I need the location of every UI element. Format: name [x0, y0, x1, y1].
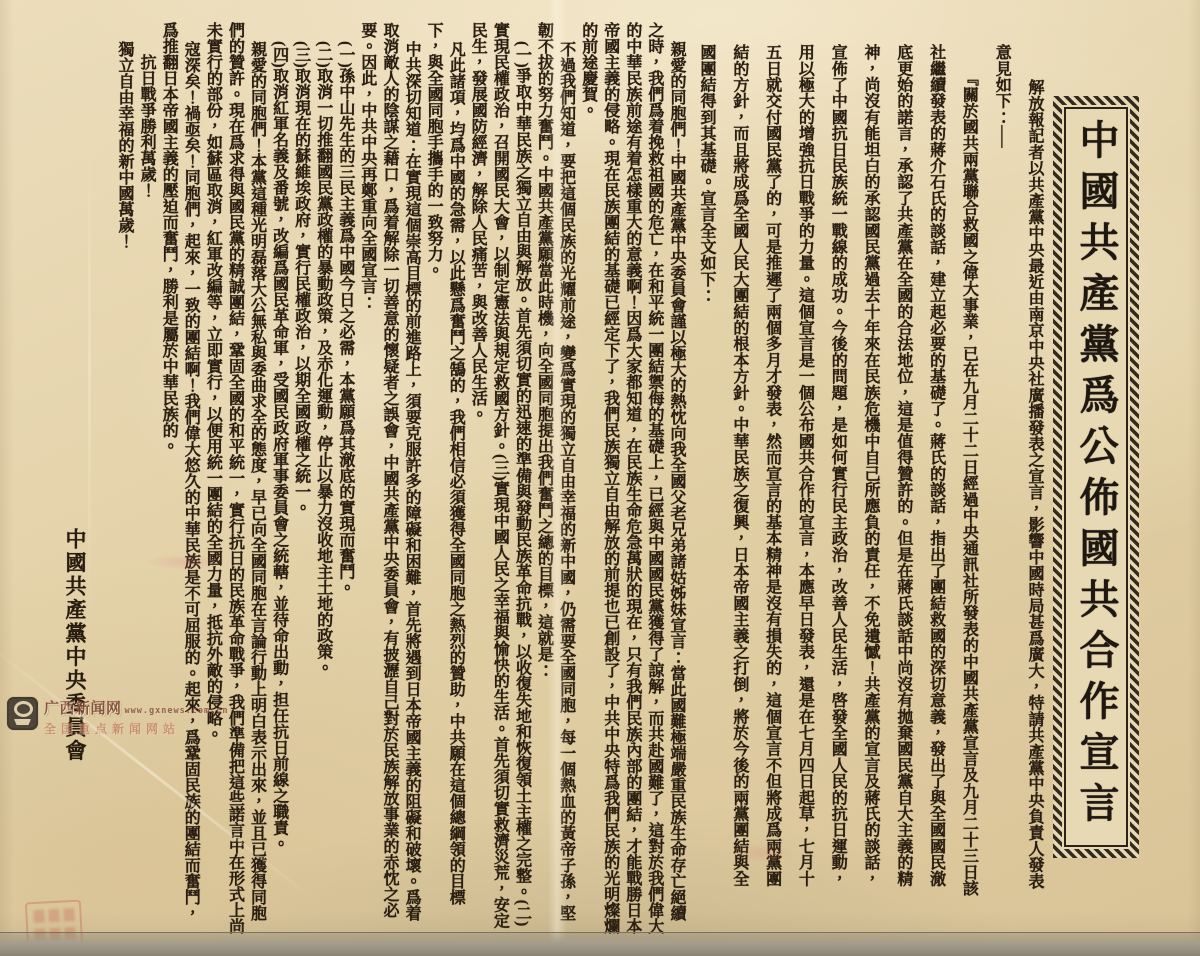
seal-mark: [63, 908, 75, 922]
declaration-paragraph: (四)取消紅軍名義及番號，改編爲國民革命軍，受國民政府軍事委員會之統轄，並待命出…: [268, 22, 290, 935]
declaration-paragraph: 親愛的同胞們！本黨這種光明磊落大公無私與委曲求全的態度，早已向全國同胞在言論行動…: [201, 22, 267, 935]
declaration-block: 親愛的同胞們！中國共產黨中央委員會謹以極大的熱忱向我全國父老兄弟諸姑姊妹宣言：當…: [96, 22, 687, 935]
editor-note-paragraph: 解放報記者以共產黨中央最近由南京中央社廣播發表之宣言，影響中國時局甚爲廣大，特請…: [984, 44, 1050, 902]
editor-note-paragraph: 『關於國共兩黨聯合救國之偉大事業，已在九月二十二日經過中央通訊社所發表的中國共產…: [689, 44, 984, 902]
declaration-paragraph: 中共深切知道：在實現這個崇高目標的前進路上，須要克服許多的障礙和困難，首先將遇到…: [356, 22, 422, 935]
slogan-paragraph: 抗日戰爭勝利萬歲！: [135, 22, 157, 935]
declaration-paragraph: 凡此諸項，均爲中國的急需，以此懸爲奮鬥之鵠的，我們相信必須獲得全國同胞之熱烈的贊…: [422, 22, 466, 935]
declaration-paragraph: (二)取消一切推翻國民黨政權的暴動政策，及赤化運動，停止以暴力沒收地主土地的政策…: [312, 22, 334, 935]
declaration-paragraph: 不過我們知道，要把這個民族的光耀前途，變爲實現的獨立自由幸福的新中國，仍需要全國…: [532, 22, 576, 935]
scanned-page: 中國共產黨爲公佈國共合作宣言 解放報記者以共產黨中央最近由南京中央社廣播發表之宣…: [0, 0, 1200, 956]
declaration-paragraph: (一)爭取中華民族之獨立自由與解放。首先須切實的迅速的準備與發動民族革命抗戰，以…: [466, 22, 532, 935]
seal-mark: [33, 909, 45, 923]
title-inner-frame: 中國共產黨爲公佈國共合作宣言: [1064, 107, 1128, 847]
page-title: 中國共產黨爲公佈國共合作宣言: [1076, 109, 1116, 833]
declaration-paragraph: 寇深矣！禍亟矣！同胞們，起來，一致的團結啊！我們偉大悠久的中華民族是不可屈服的。…: [157, 22, 201, 935]
slogan-paragraph: 獨立自由幸福的新中國萬歲！: [113, 22, 135, 935]
declaration-paragraph: 親愛的同胞們！中國共產黨中央委員會謹以極大的熱忱向我全國父老兄弟諸姑姊妹宣言：當…: [577, 22, 687, 935]
declaration-title-box: 中國共產黨爲公佈國共合作宣言: [1053, 96, 1139, 858]
declaration-paragraph: (一)孫中山先生的三民主義爲中國今日之必需，本黨願爲其澈底的實現而奮鬥。: [334, 22, 356, 935]
editor-note-block: 解放報記者以共產黨中央最近由南京中央社廣播發表之宣言，影響中國時局甚爲廣大，特請…: [688, 44, 1050, 902]
seal-mark: [48, 909, 60, 923]
scanner-bed-edge: [0, 932, 1200, 956]
declaration-paragraph: (三)取消現在的蘇維埃政府，實行民權政治，以期全國政權之統一。: [290, 22, 312, 935]
signature-cpc-central-committee: 中國共產黨中央委員會: [60, 528, 90, 763]
